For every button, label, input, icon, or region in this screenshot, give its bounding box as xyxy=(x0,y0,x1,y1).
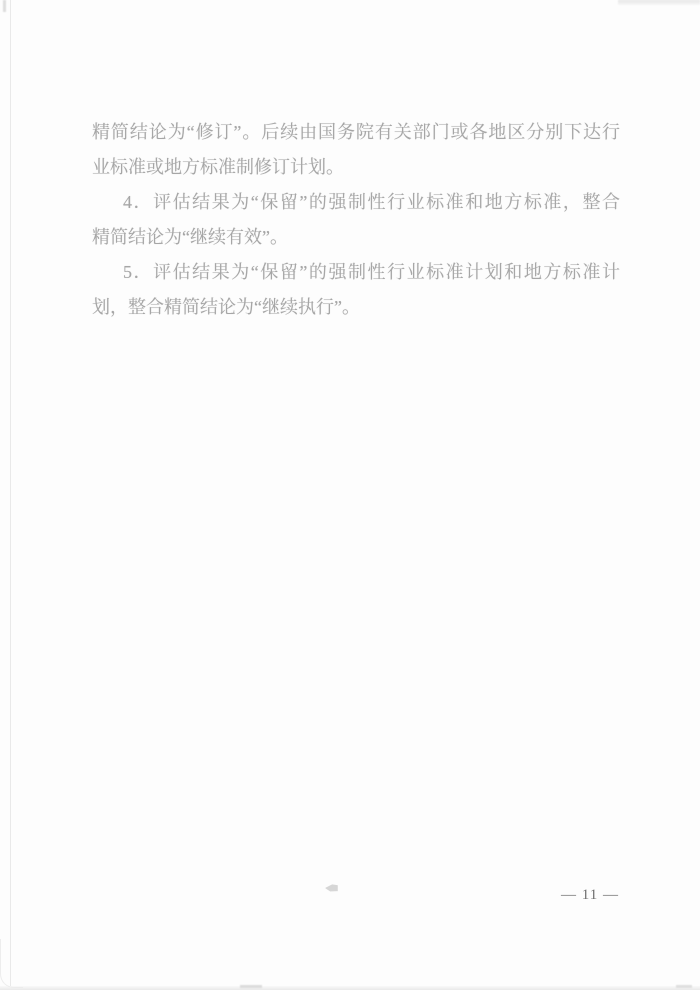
body-text-line: 5．评估结果为“保留”的强制性行业标准计划和地方标准计 xyxy=(92,255,620,290)
body-text-line: 4．评估结果为“保留”的强制性行业标准和地方标准，整合 xyxy=(92,185,620,220)
page-number: — 11 — xyxy=(548,885,632,905)
scan-shadow-top-right xyxy=(618,0,700,5)
scan-smudge xyxy=(325,883,338,892)
body-text-line: 精简结论为“修订”。后续由国务院有关部门或各地区分别下达行 xyxy=(92,115,620,150)
scan-corner-bottom-left xyxy=(0,939,23,988)
body-text-line: 精简结论为“继续有效”。 xyxy=(92,220,620,255)
scan-shadow-bottom xyxy=(0,986,700,990)
scan-smudge xyxy=(676,985,692,988)
body-text-line: 业标准或地方标准制修订计划。 xyxy=(92,150,620,185)
document-text-block: 精简结论为“修订”。后续由国务院有关部门或各地区分别下达行 业标准或地方标准制修… xyxy=(92,115,620,325)
scan-mark-top-left xyxy=(3,0,6,12)
scan-edge-line-left xyxy=(10,0,11,990)
body-text-line: 划，整合精简结论为“继续执行”。 xyxy=(92,290,620,325)
scan-smudge xyxy=(240,985,262,988)
